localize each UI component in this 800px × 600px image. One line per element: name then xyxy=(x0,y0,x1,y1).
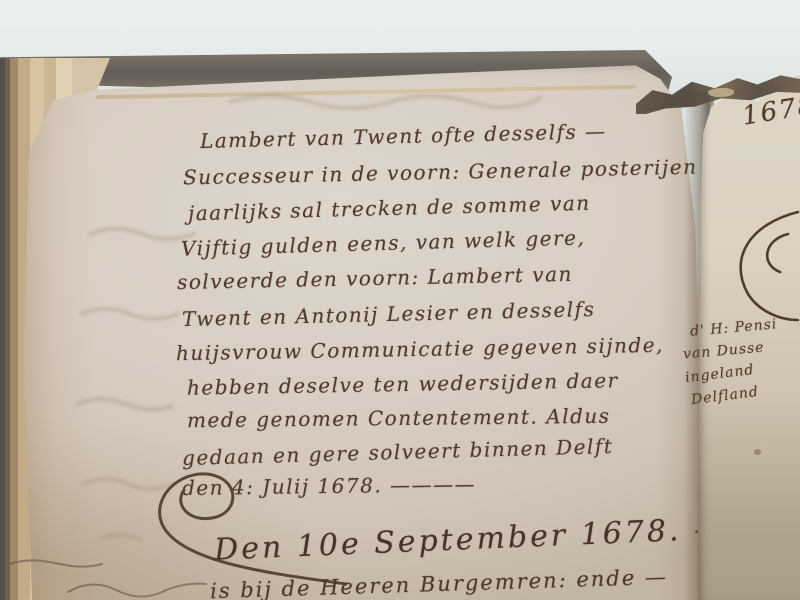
faint-marginal-fragment xyxy=(2,548,252,600)
manuscript-line: mede genomen Contentement. Aldus xyxy=(187,404,611,432)
photo-of-manuscript-book: Lambert van Twent ofte desselfs — Succes… xyxy=(0,0,800,600)
torn-edge-fleck xyxy=(708,88,734,97)
large-calligraphic-flourish xyxy=(714,206,800,328)
ink-spot xyxy=(754,449,761,455)
